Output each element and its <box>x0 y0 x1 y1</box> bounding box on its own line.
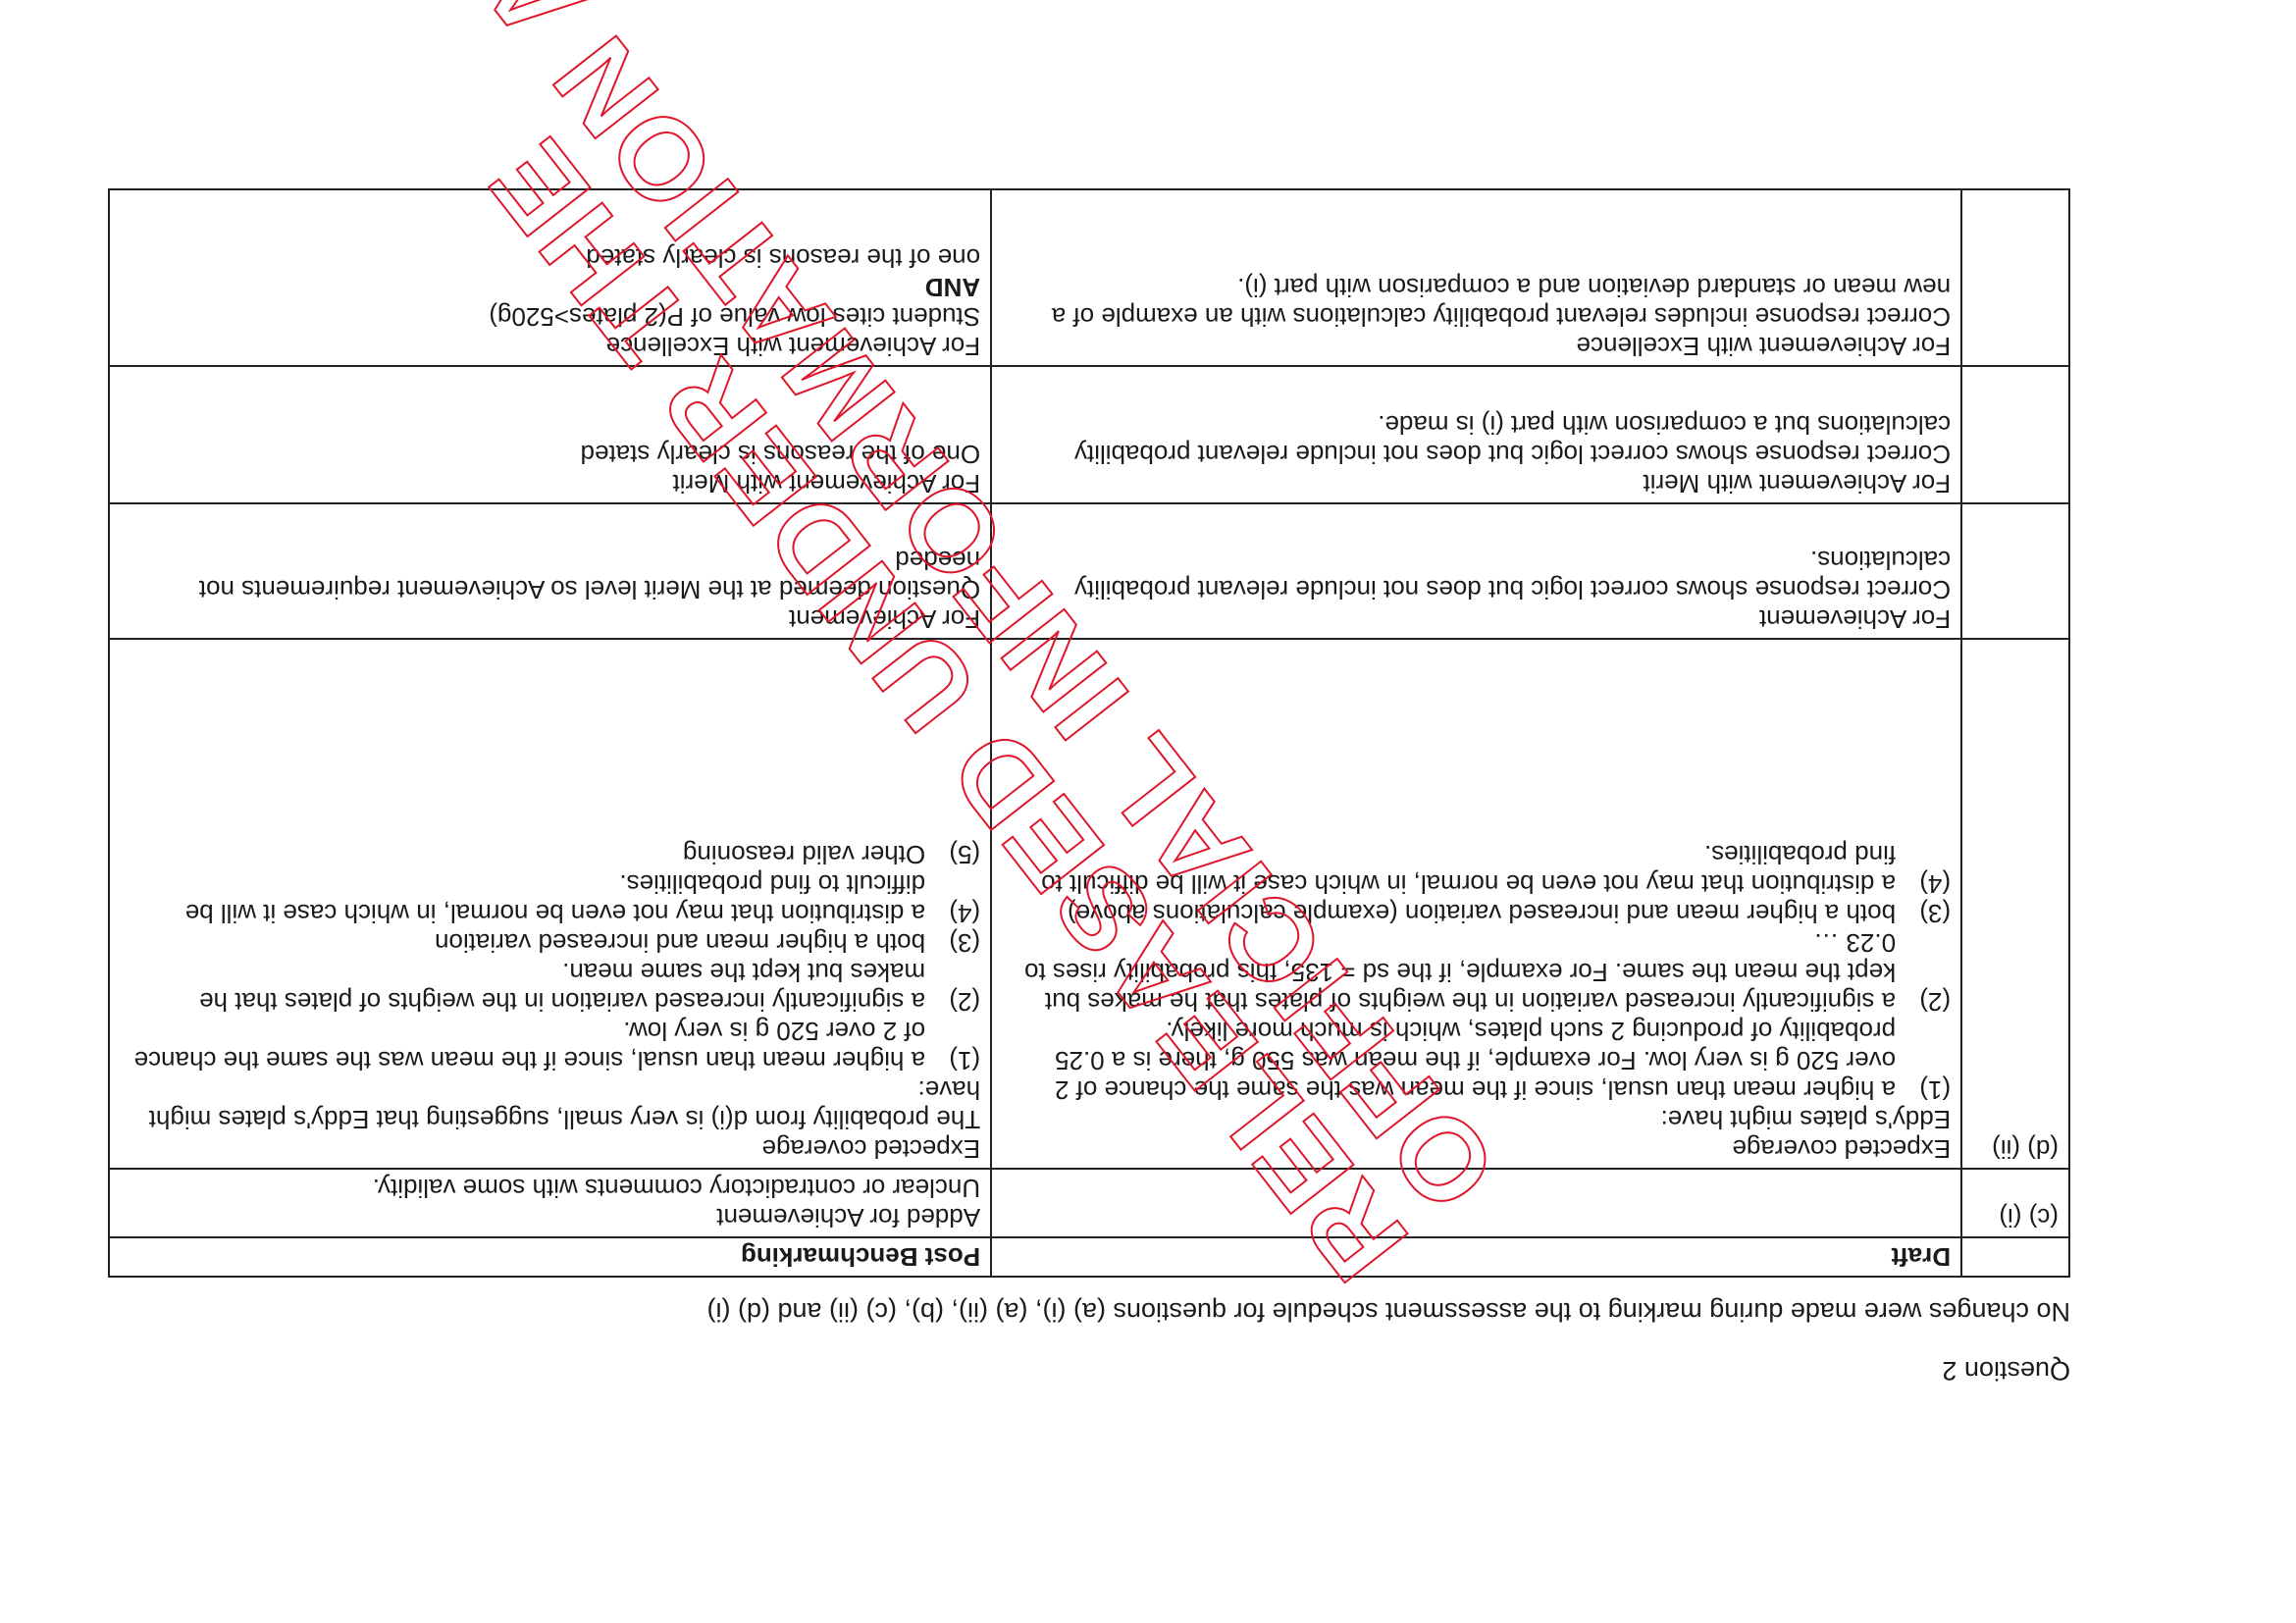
cell-line: For Achievement with Merit <box>120 469 980 498</box>
cell-line: The probability from d(i) is very small,… <box>120 1075 980 1134</box>
cell-line: Added for Achievement <box>120 1203 980 1232</box>
post-reasons-list: (1)a higher mean than usual, since if th… <box>120 840 980 1075</box>
assessment-schedule-table: Draft Post Benchmarking (c) (i) Added fo… <box>108 188 2070 1278</box>
row-label <box>1961 503 2069 639</box>
cell-line: Student cites low value of P(2 plates>52… <box>120 302 980 332</box>
list-item: (3)both a higher mean and increased vari… <box>1002 899 1951 928</box>
cell-line: Correct response shows correct logic but… <box>1002 410 1951 469</box>
header-post-benchmarking: Post Benchmarking <box>109 1237 991 1277</box>
header-draft: Draft <box>991 1237 1961 1277</box>
post-cell: For Achievement with Excellence Student … <box>109 189 991 366</box>
row-label: (d) (ii) <box>1961 639 2069 1169</box>
cell-line: Expected coverage <box>1002 1134 1951 1164</box>
table-header-row: Draft Post Benchmarking <box>109 1237 2069 1277</box>
header-label <box>1961 1237 2069 1277</box>
draft-reasons-list: (1)a higher mean than usual, since if th… <box>1002 840 1951 1105</box>
list-item: (3)both a higher mean and increased vari… <box>120 928 980 958</box>
cell-line: Correct response shows correct logic but… <box>1002 546 1951 604</box>
list-item: (4)a distribution that may not even be n… <box>1002 840 1951 899</box>
and-keyword: AND <box>120 273 980 302</box>
draft-cell: Expected coverage Eddy's plates might ha… <box>991 639 1961 1169</box>
draft-cell <box>991 1169 1961 1237</box>
list-item: (2)a significantly increased variation i… <box>120 958 980 1017</box>
table-row: For Achievement with Excellence Correct … <box>109 189 2069 366</box>
list-item: (1)a higher mean than usual, since if th… <box>120 1017 980 1075</box>
schedule-note: No changes were made during marking to t… <box>707 1296 2071 1327</box>
row-label <box>1961 366 2069 503</box>
row-label: (c) (i) <box>1961 1169 2069 1237</box>
cell-line: Question deemed at the Merit level so Ac… <box>120 546 980 604</box>
cell-line: Expected coverage <box>120 1134 980 1164</box>
question-title: Question 2 <box>1942 1355 2070 1386</box>
cell-line: Unclear or contradictory comments with s… <box>120 1174 980 1203</box>
post-cell: Expected coverage The probability from d… <box>109 639 991 1169</box>
list-item: (1)a higher mean than usual, since if th… <box>1002 1017 1951 1105</box>
cell-line: one of the reasons is clearly stated <box>120 243 980 273</box>
cell-line: One of the reasons is clearly stated <box>120 440 980 469</box>
draft-cell: For Achievement Correct response shows c… <box>991 503 1961 639</box>
table-row: (c) (i) Added for Achievement Unclear or… <box>109 1169 2069 1237</box>
list-item: (5)Other valid reasoning <box>120 840 980 869</box>
row-label <box>1961 189 2069 366</box>
list-item: (4)a distribution that may not even be n… <box>120 869 980 928</box>
list-item: (2)a significantly increased variation i… <box>1002 928 1951 1017</box>
cell-line: Eddy's plates might have: <box>1002 1105 1951 1134</box>
cell-line: For Achievement with Excellence <box>1002 332 1951 361</box>
post-cell: For Achievement Question deemed at the M… <box>109 503 991 639</box>
draft-cell: For Achievement with Merit Correct respo… <box>991 366 1961 503</box>
cell-line: For Achievement <box>120 604 980 634</box>
table-row: (d) (ii) Expected coverage Eddy's plates… <box>109 639 2069 1169</box>
post-cell: Added for Achievement Unclear or contrad… <box>109 1169 991 1237</box>
table-row: For Achievement Correct response shows c… <box>109 503 2069 639</box>
table-row: For Achievement with Merit Correct respo… <box>109 366 2069 503</box>
draft-cell: For Achievement with Excellence Correct … <box>991 189 1961 366</box>
cell-line: For Achievement with Excellence <box>120 332 980 361</box>
cell-line: For Achievement with Merit <box>1002 469 1951 498</box>
cell-line: For Achievement <box>1002 604 1951 634</box>
document-page: Question 2 No changes were made during m… <box>0 0 2296 1623</box>
cell-line: Correct response includes relevant proba… <box>1002 273 1951 332</box>
post-cell: For Achievement with Merit One of the re… <box>109 366 991 503</box>
